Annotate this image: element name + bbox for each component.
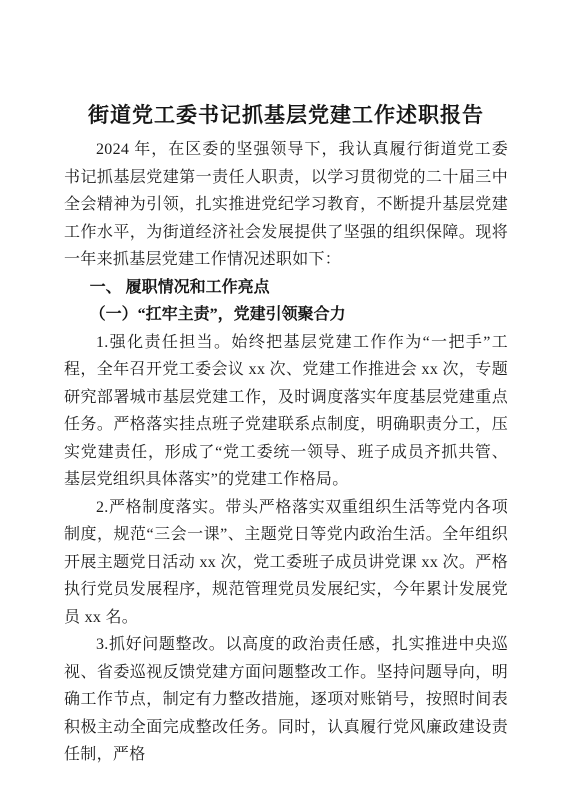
paragraph-3: 3.抓好问题整改。以高度的政治责任感，扎实推进中央巡视、省委巡视反馈党建方面问题…: [64, 631, 508, 769]
document-page: 街道党工委书记抓基层党建工作述职报告 2024 年，在区委的坚强领导下，我认真履…: [0, 0, 570, 807]
document-title: 街道党工委书记抓基层党建工作述职报告: [64, 100, 508, 130]
subsection-heading-1: （一）“扛牢主责”，党建引领聚合力: [64, 301, 508, 329]
paragraph-2: 2.严格制度落实。带头严格落实双重组织生活等党内各项制度，规范“三会一课”、主题…: [64, 494, 508, 632]
paragraph-1: 1.强化责任担当。始终把基层党建工作作为“一把手”工程，全年召开党工委会议 xx…: [64, 329, 508, 494]
intro-paragraph: 2024 年，在区委的坚强领导下，我认真履行街道党工委书记抓基层党建第一责任人职…: [64, 136, 508, 274]
section-heading-1: 一、 履职情况和工作亮点: [64, 274, 508, 302]
